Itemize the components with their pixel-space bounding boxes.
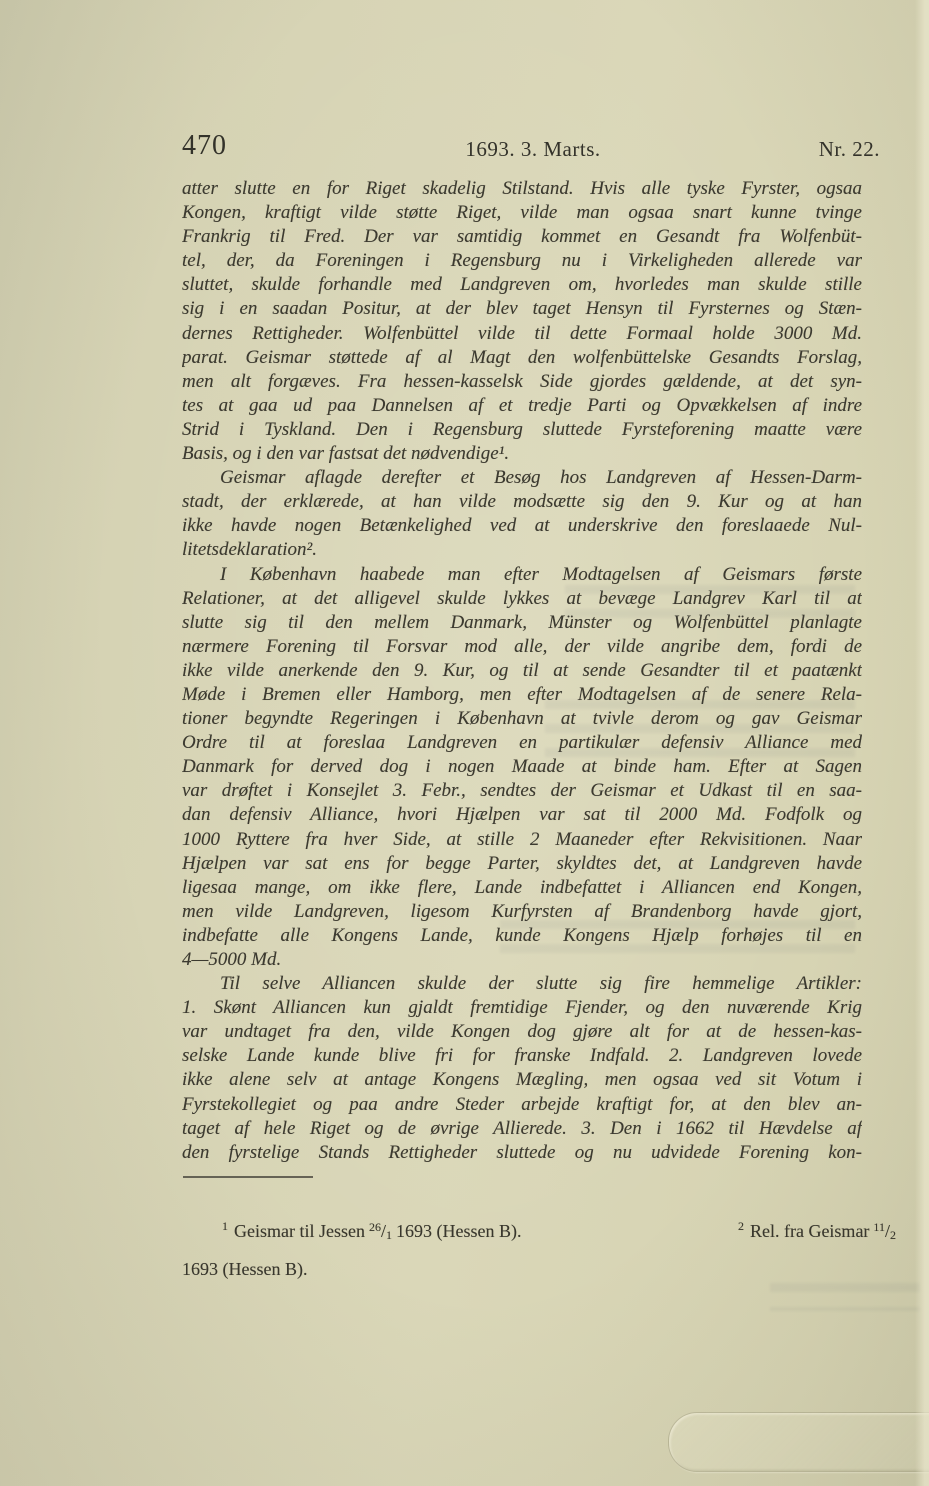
text-line: Hjælpen var sat ens for begge Parter, sk…: [182, 852, 862, 876]
footnote-separator-rule: [183, 1176, 313, 1178]
text-line: Kongen, kraftigt vilde støtte Riget, vil…: [182, 201, 862, 225]
text-line: slutte sig til den mellem Danmark, Münst…: [182, 611, 862, 635]
text-line: Til selve Alliancen skulde der slutte si…: [182, 972, 862, 996]
footnote-1-marker: 1: [222, 1219, 228, 1233]
document-number: Nr. 22.: [183, 137, 880, 162]
text-line: Ordre til at foreslaa Landgreven en part…: [182, 731, 862, 755]
footnote-row: 1Geismar til Jessen26/11693 (Hessen B). …: [182, 1214, 900, 1248]
footnote-2-marker: 2: [738, 1219, 744, 1233]
footnote-2: 2Rel. fra Geismar11/2: [738, 1214, 900, 1248]
text-line: 1. Skønt Alliancen kun gjaldt fremtidige…: [182, 996, 862, 1020]
reverse-page-show-through: [770, 1283, 920, 1311]
text-line: var drøftet i Konsejlet 3. Febr., sendte…: [182, 779, 862, 803]
footnote-2-date-fraction: 11/2: [873, 1221, 896, 1241]
text-line: ikke havde nogen Betænkelighed ved at un…: [182, 514, 862, 538]
text-line: tel, der, da Foreningen i Regensburg nu …: [182, 249, 862, 273]
text-line: ikke vilde anerkende den 9. Kur, og til …: [182, 659, 862, 683]
text-line: Frankrig til Fred. Der var samtidig komm…: [182, 225, 862, 249]
footnotes: 1Geismar til Jessen26/11693 (Hessen B). …: [182, 1214, 900, 1282]
footnote-1-date-fraction: 26/1: [369, 1221, 392, 1241]
text-line: dan defensiv Alliance, hvori Hjælpen var…: [182, 803, 862, 827]
text-line: atter slutte en for Riget skadelig Stils…: [182, 177, 862, 201]
embossed-library-stamp: [668, 1412, 929, 1472]
footnote-1: 1Geismar til Jessen26/11693 (Hessen B).: [182, 1214, 521, 1248]
text-line: sluttet, skulde forhandle med Landgreven…: [182, 273, 862, 297]
text-line: stadt, der erklærede, at han vilde modsæ…: [182, 490, 862, 514]
text-line: Fyrstekollegiet og paa andre Steder arbe…: [182, 1093, 862, 1117]
text-line: tes at gaa ud paa Dannelsen af et tredje…: [182, 394, 862, 418]
text-line: sig i en saadan Positur, at der blev tag…: [182, 297, 862, 321]
text-line: 4—5000 Md.: [182, 948, 862, 972]
text-line: Relationer, at det alligevel skulde lykk…: [182, 587, 862, 611]
text-line: Møde i Bremen eller Hamborg, men efter M…: [182, 683, 862, 707]
text-line: indbefatte alle Kongens Lande, kunde Kon…: [182, 924, 862, 948]
text-line: selske Lande kunde blive fri for franske…: [182, 1044, 862, 1068]
body-text: atter slutte en for Riget skadelig Stils…: [182, 177, 862, 1165]
text-line: 1000 Ryttere fra hver Side, at stille 2 …: [182, 828, 862, 852]
text-line: I København haabede man efter Modtagelse…: [182, 563, 862, 587]
text-line: ligesaa mange, om ikke flere, Lande indb…: [182, 876, 862, 900]
text-line: den fyrstelige Stands Rettigheder slutte…: [182, 1141, 862, 1165]
footnote-continuation: 1693 (Hessen B).: [182, 1257, 900, 1282]
text-line: dernes Rettigheder. Wolfenbüttel vilde t…: [182, 322, 862, 346]
text-line: nærmere Forening til Forsvar mod alle, d…: [182, 635, 862, 659]
footnote-1-text: Geismar til Jessen: [234, 1221, 365, 1241]
text-line: tioner begyndte Regeringen i København a…: [182, 707, 862, 731]
text-line: Strid i Tyskland. Den i Regensburg slutt…: [182, 418, 862, 442]
footnote-1-tail: 1693 (Hessen B).: [396, 1221, 521, 1241]
text-line: men vilde Landgreven, ligesom Kurfyrsten…: [182, 900, 862, 924]
text-line: Danmark for derved dog i nogen Maade at …: [182, 755, 862, 779]
text-line: parat. Geismar støttede af al Magt den w…: [182, 346, 862, 370]
text-line: var undtaget fra den, vilde Kongen dog g…: [182, 1020, 862, 1044]
footnote-2-text: Rel. fra Geismar: [750, 1221, 869, 1241]
text-line: Geismar aflagde derefter et Besøg hos La…: [182, 466, 862, 490]
text-line: Basis, og i den var fastsat det nødvendi…: [182, 442, 862, 466]
text-line: litetsdeklaration².: [182, 538, 862, 562]
text-line: ikke alene selv at antage Kongens Mæglin…: [182, 1068, 862, 1092]
text-line: men alt forgæves. Fra hessen-kasselsk Si…: [182, 370, 862, 394]
book-page-scan: 470 1693. 3. Marts. Nr. 22. atter slutte…: [0, 0, 929, 1486]
text-line: taget af hele Riget og de øvrige Alliere…: [182, 1117, 862, 1141]
